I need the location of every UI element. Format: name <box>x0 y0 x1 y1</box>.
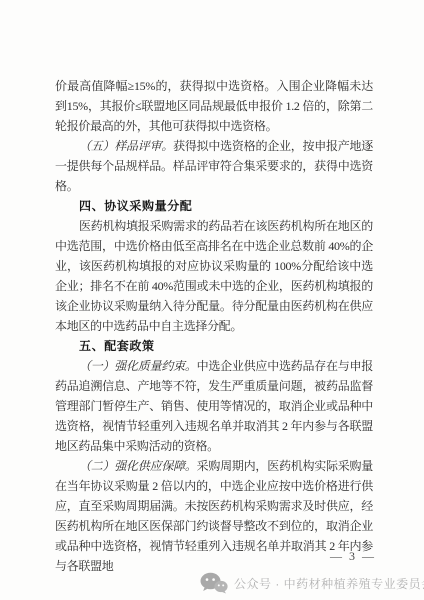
paragraph: （五）样品评审。获得拟中选资格的企业，按申报产地逐一提供每个品规样品。样品评审符… <box>55 136 373 196</box>
watermark: 公众号 · 中药材种植养殖专业委员会 <box>200 572 424 594</box>
section-heading-5: 五、配套政策 <box>55 336 373 356</box>
document-page: 价最高值降幅≥15%的，获得拟中选资格。入围企业降幅未达到15%，其报价≤联盟地… <box>0 0 424 600</box>
clause-title: （一）强化质量约束。 <box>79 359 197 373</box>
wechat-icon <box>200 572 228 594</box>
section-heading-4: 四、协议采购量分配 <box>55 196 373 216</box>
document-body: 价最高值降幅≥15%的，获得拟中选资格。入围企业降幅未达到15%，其报价≤联盟地… <box>55 76 373 576</box>
paragraph: （一）强化质量约束。中选企业供应中选药品存在与申报药品追溯信息、产地等不符，发生… <box>55 356 373 456</box>
watermark-text: 公众号 · 中药材种植养殖专业委员会 <box>234 575 424 592</box>
clause-title: （五）样品评审。 <box>79 139 173 153</box>
paragraph-text: 中选企业供应中选药品存在与申报药品追溯信息、产地等不符，发生严重质量问题，被药品… <box>55 359 373 453</box>
paragraph: 医药机构填报采购需求的药品若在该医药机构所在地区的中选范围，中选价格由低至高排名… <box>55 216 373 336</box>
clause-title: （二）强化供应保障。 <box>79 459 197 473</box>
page-number: — 3 — <box>303 549 403 564</box>
paragraph-continuation: 价最高值降幅≥15%的，获得拟中选资格。入围企业降幅未达到15%，其报价≤联盟地… <box>55 76 373 136</box>
